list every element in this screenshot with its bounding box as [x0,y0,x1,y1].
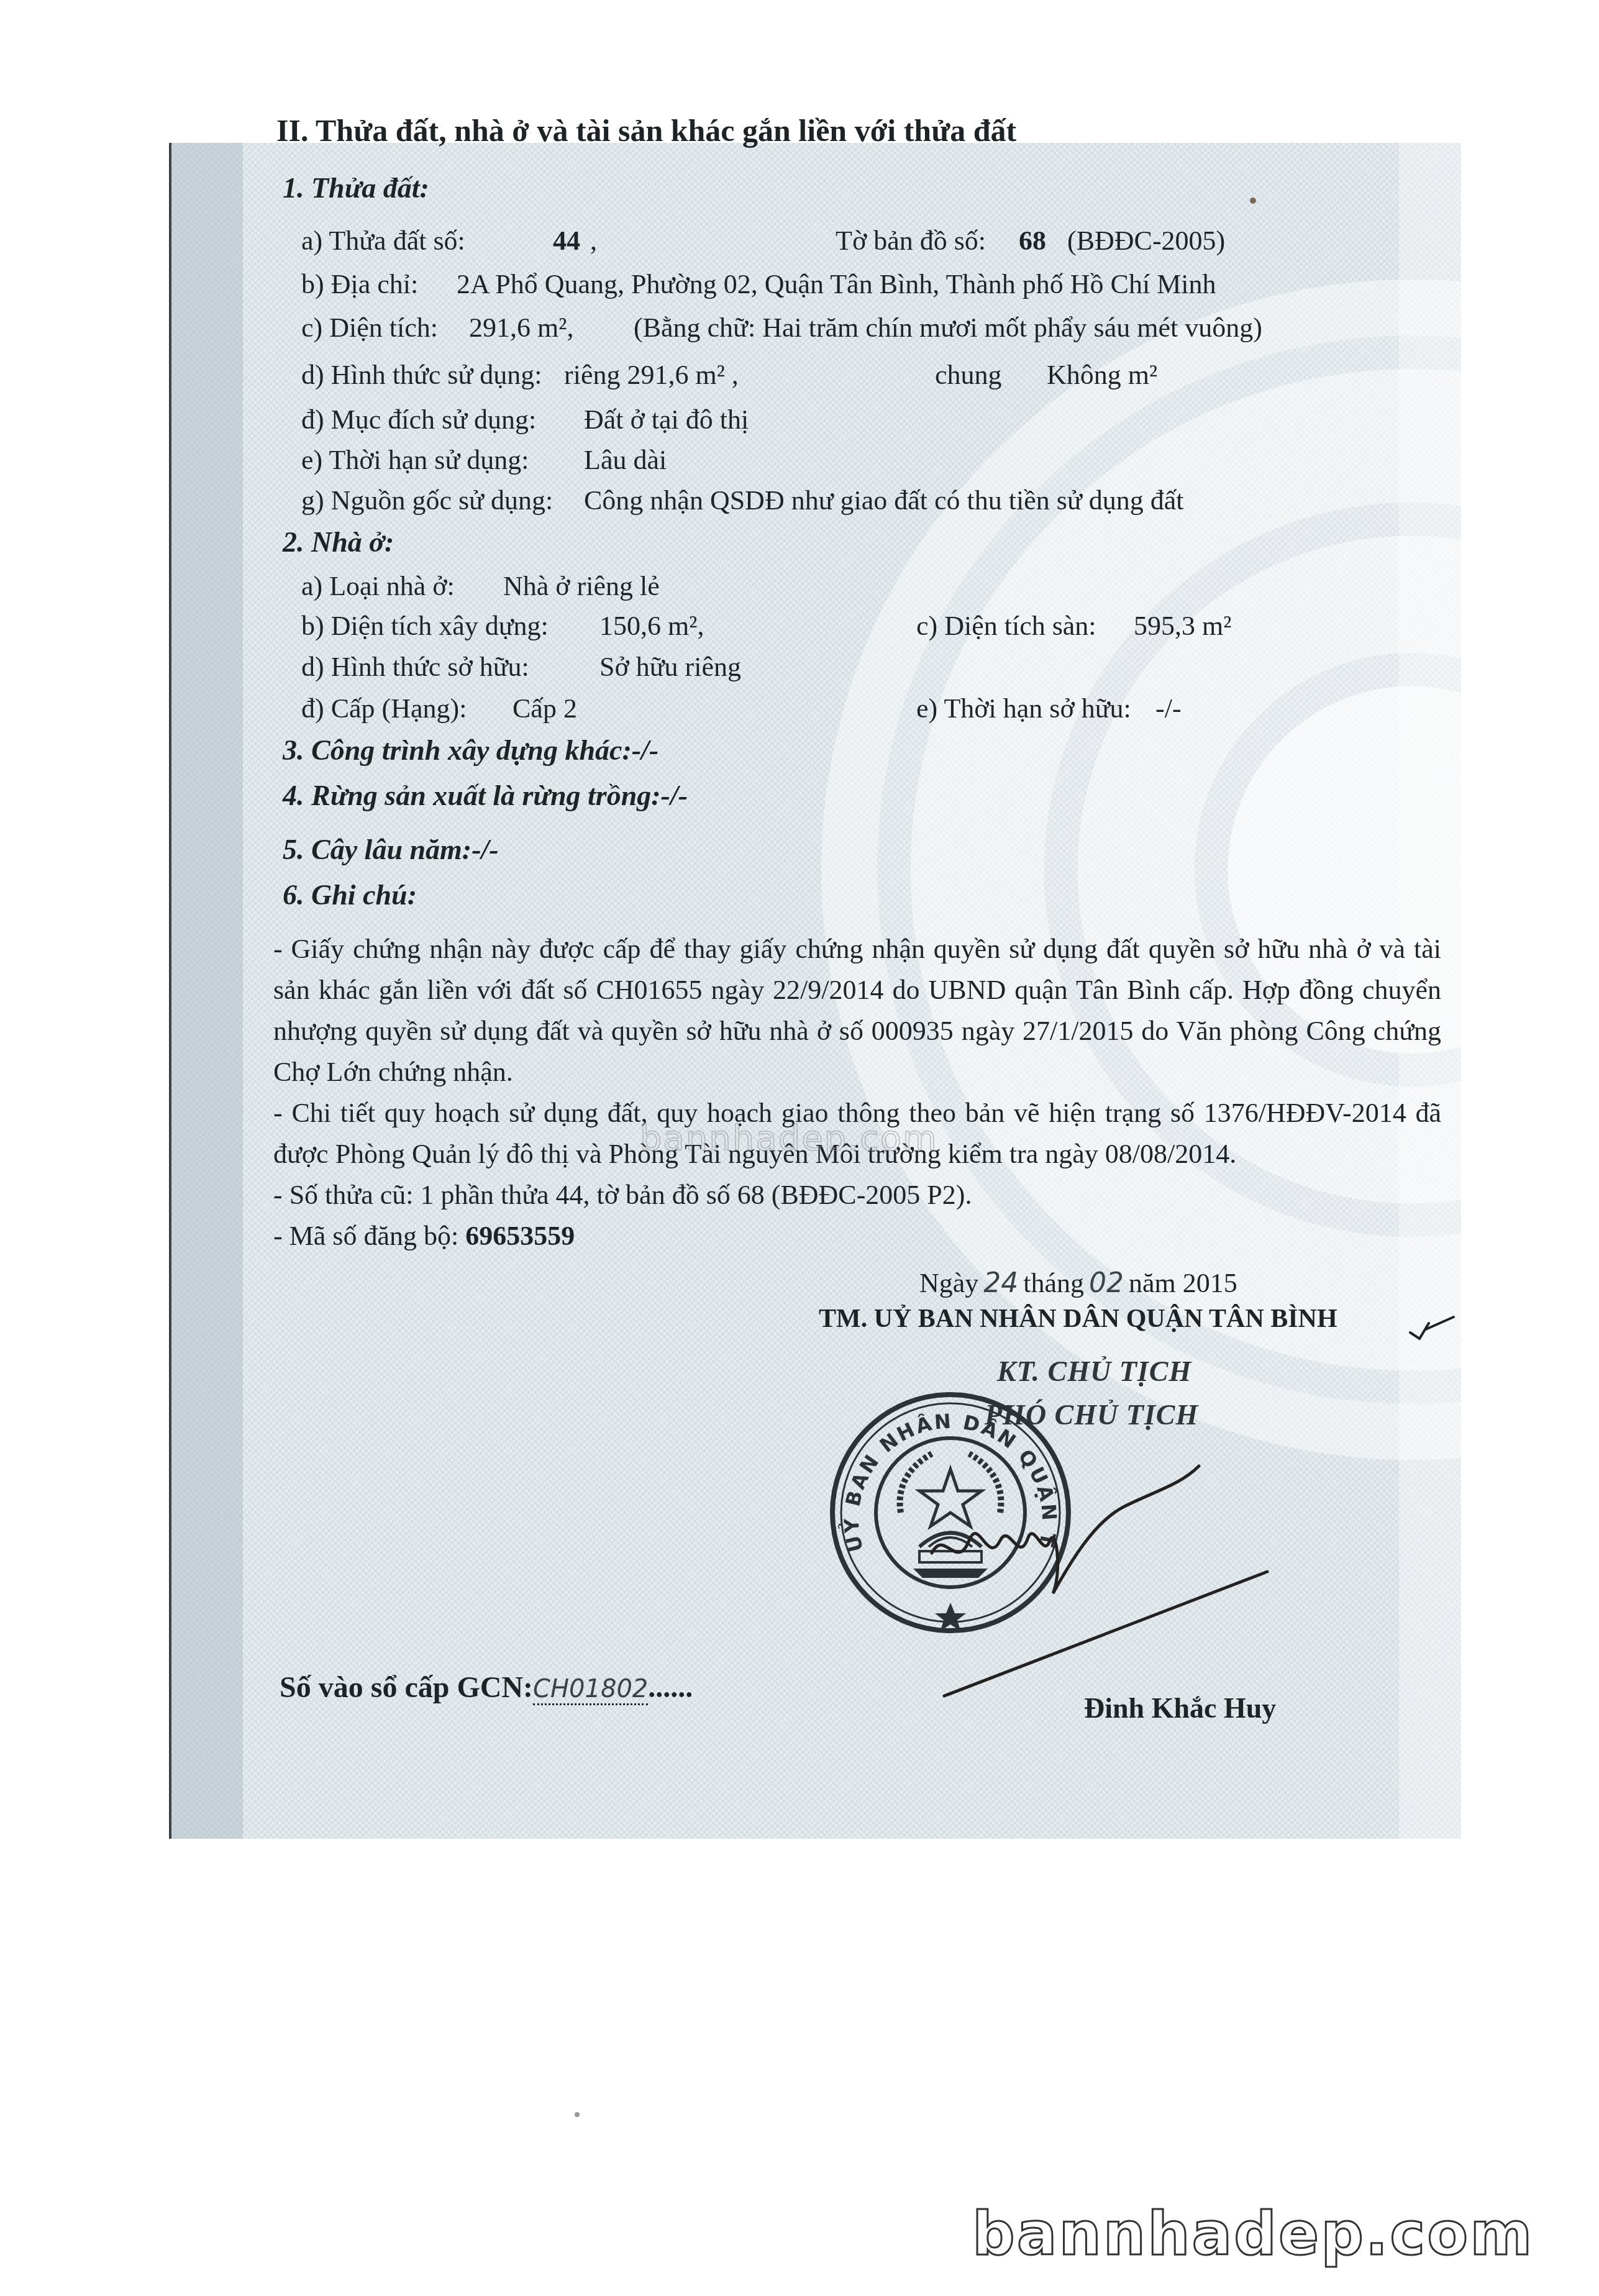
registration-label: Số vào sổ cấp GCN: [280,1671,533,1704]
use-form-shared-value: Không m² [1047,359,1157,392]
registry-line: - Mã số đăng bộ: 69653559 [273,1216,1441,1257]
term-value: Lâu dài [584,444,667,477]
registration-number: CH01802 [533,1675,648,1705]
area-label: c) Diện tích: [301,312,438,345]
scan-speck [575,2112,580,2117]
term-label: e) Thời hạn sử dụng: [301,444,529,477]
own-term-label: e) Thời hạn sở hữu: [916,693,1131,726]
parcel-suffix: , [590,225,597,258]
house-heading: 2. Nhà ở: [283,525,394,559]
issuing-organization: TM. UỶ BAN NHÂN DÂN QUẬN TÂN BÌNH [819,1303,1337,1334]
floor-area-value: 595,3 m² [1134,610,1231,643]
parcel-value: 44 [553,225,580,258]
ownership-value: Sở hữu riêng [599,651,741,684]
own-term-value: -/- [1155,693,1182,726]
registration-line: Số vào sổ cấp GCN:CH01802...... [280,1670,693,1706]
house-type-label: a) Loại nhà ở: [301,570,455,603]
area-value: 291,6 m², [469,312,573,345]
notes-body: - Giấy chứng nhận này được cấp để thay g… [273,929,1441,1257]
issue-date: Ngày24tháng02năm 2015 [919,1267,1237,1300]
use-form-shared-label: chung [935,359,1002,392]
registry-value: 69653559 [465,1221,575,1251]
notes-heading: 6. Ghi chú: [283,878,417,912]
production-forest: 4. Rừng sản xuất là rừng trồng:-/- [283,778,688,813]
origin-value: Công nhận QSDĐ như giao đất có thu tiền … [584,485,1184,517]
purpose-value: Đất ở tại đô thị [584,404,749,437]
ownership-label: d) Hình thức sở hữu: [301,651,529,684]
watermark-logo: bannhadep.com [972,2199,1534,2269]
role-line-1: KT. CHỦ TỊCH [997,1354,1191,1388]
handwritten-signature-icon [919,1447,1478,1708]
origin-label: g) Nguồn gốc sử dụng: [301,485,553,517]
use-form-label: d) Hình thức sử dụng: [301,359,542,392]
house-type-value: Nhà ở riêng lẻ [503,570,660,603]
date-month-label: tháng [1023,1268,1084,1298]
area-words: (Bằng chữ: Hai trăm chín mươi mốt phẩy s… [634,312,1262,345]
build-area-label: b) Diện tích xây dựng: [301,610,549,643]
address-label: b) Địa chỉ: [301,268,418,301]
scan-speck [1250,198,1256,204]
grade-value: Cấp 2 [512,693,577,726]
note-paragraph: - Số thửa cũ: 1 phần thửa 44, tờ bản đồ … [273,1175,1441,1216]
date-prefix: Ngày [919,1268,978,1298]
section-title: II. Thửa đất, nhà ở và tài sản khác gắn … [276,112,1016,149]
registry-label: - Mã số đăng bộ: [273,1221,458,1251]
other-construction: 3. Công trình xây dựng khác:-/- [283,733,658,767]
build-area-value: 150,6 m², [599,610,704,643]
date-year: năm 2015 [1129,1268,1237,1298]
floor-area-label: c) Diện tích sàn: [916,610,1096,643]
date-month: 02 [1084,1267,1129,1300]
address-value: 2A Phổ Quang, Phường 02, Quận Tân Bình, … [457,268,1216,301]
signer-name: Đinh Khắc Huy [1084,1691,1276,1725]
map-value: 68 [1019,225,1046,258]
land-heading: 1. Thửa đất: [283,171,429,205]
date-day: 24 [978,1267,1023,1300]
watermark-inline: bannhadep.com [640,1118,938,1159]
map-ref: (BĐĐC-2005) [1067,225,1225,258]
purpose-label: đ) Mục đích sử dụng: [301,404,536,437]
parcel-label: a) Thửa đất số: [301,225,465,258]
initial-mark-icon [1407,1311,1457,1342]
perennial-trees: 5. Cây lâu năm:-/- [283,832,499,867]
grade-label: đ) Cấp (Hạng): [301,693,467,726]
use-form-private: riêng 291,6 m² , [564,359,739,392]
map-label: Tờ bản đồ số: [836,225,986,258]
note-paragraph: - Giấy chứng nhận này được cấp để thay g… [273,929,1441,1093]
registration-dots: ...... [648,1671,693,1704]
